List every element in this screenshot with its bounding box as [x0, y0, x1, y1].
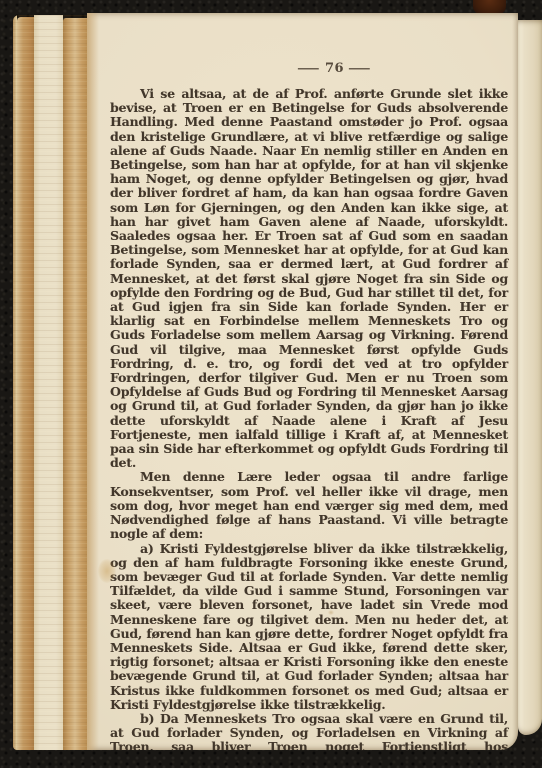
page-edge-strip	[13, 15, 17, 750]
book-photo: —76— Vi se altsaa, at de af Prof. anført…	[0, 0, 542, 768]
page-text: Vi se altsaa, at de af Prof. anførte Gru…	[110, 87, 508, 750]
paragraph: Vi se altsaa, at de af Prof. anførte Gru…	[110, 87, 508, 470]
header-rule-right: —	[348, 61, 372, 76]
book-page: —76— Vi se altsaa, at de af Prof. anført…	[87, 13, 518, 750]
paragraph: a) Kristi Fyldestgjørelse bliver da ikke…	[110, 542, 508, 712]
foxing-stain	[98, 559, 116, 583]
page-edge-strip	[17, 17, 34, 750]
page-number: 76	[325, 61, 344, 76]
page-header: —76—	[87, 61, 518, 76]
paragraph: b) Da Menneskets Tro ogsaa skal være en …	[110, 712, 508, 750]
page-edge-strip	[63, 18, 87, 750]
paragraph: Men denne Lære leder ogsaa til andre far…	[110, 470, 508, 541]
foxing-stain	[328, 610, 334, 615]
page-edge-stack	[13, 15, 87, 750]
page-edge-strip	[34, 15, 63, 750]
header-rule-left: —	[297, 61, 321, 76]
gutter-page-edge	[518, 20, 542, 735]
